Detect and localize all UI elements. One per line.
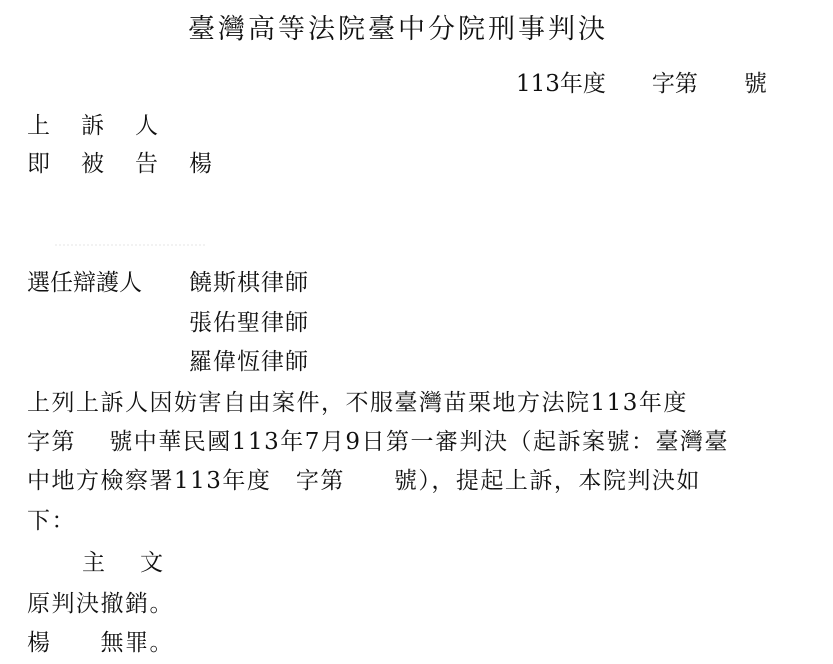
defendant-label-char: 被 [81,150,135,178]
defendant-row: 即 被 告 楊 [27,150,243,178]
main-text-line: 原判決撤銷。 [27,590,174,618]
defendant-label-char: 即 [27,150,81,178]
case-number: 113年度 字第 號 [516,70,767,98]
body-line: 字第 號中華民國113年7月9日第一審判決（起訴案號：臺灣臺 [27,428,729,456]
counsel-name: 羅偉恆律師 [189,348,309,376]
appellant-label: 上 訴 人 [27,112,189,140]
counsel-name: 饒斯棋律師 [189,269,309,297]
body-line: 中地方檢察署113年度 字第 號），提起上訴，本院判決如 [27,467,701,495]
main-text-heading: 主 文 [82,549,169,577]
main-text-line: 楊 無罪。 [27,629,174,657]
appellant-label-char: 訴 [81,112,135,140]
defendant-name: 楊 [189,150,243,178]
defendant-label-char: 告 [135,150,189,178]
counsel-name: 張佑聖律師 [189,309,309,337]
document-title: 臺灣高等法院臺中分院刑事判決 [188,16,608,44]
body-line: 下： [27,507,76,535]
body-line: 上列上訴人因妨害自由案件，不服臺灣苗栗地方法院113年度 [27,389,688,417]
counsel-label: 選任辯護人 [27,269,142,297]
appellant-label-char: 上 [27,112,81,140]
appellant-label-char: 人 [135,112,189,140]
redacted-address-trace [55,244,205,248]
